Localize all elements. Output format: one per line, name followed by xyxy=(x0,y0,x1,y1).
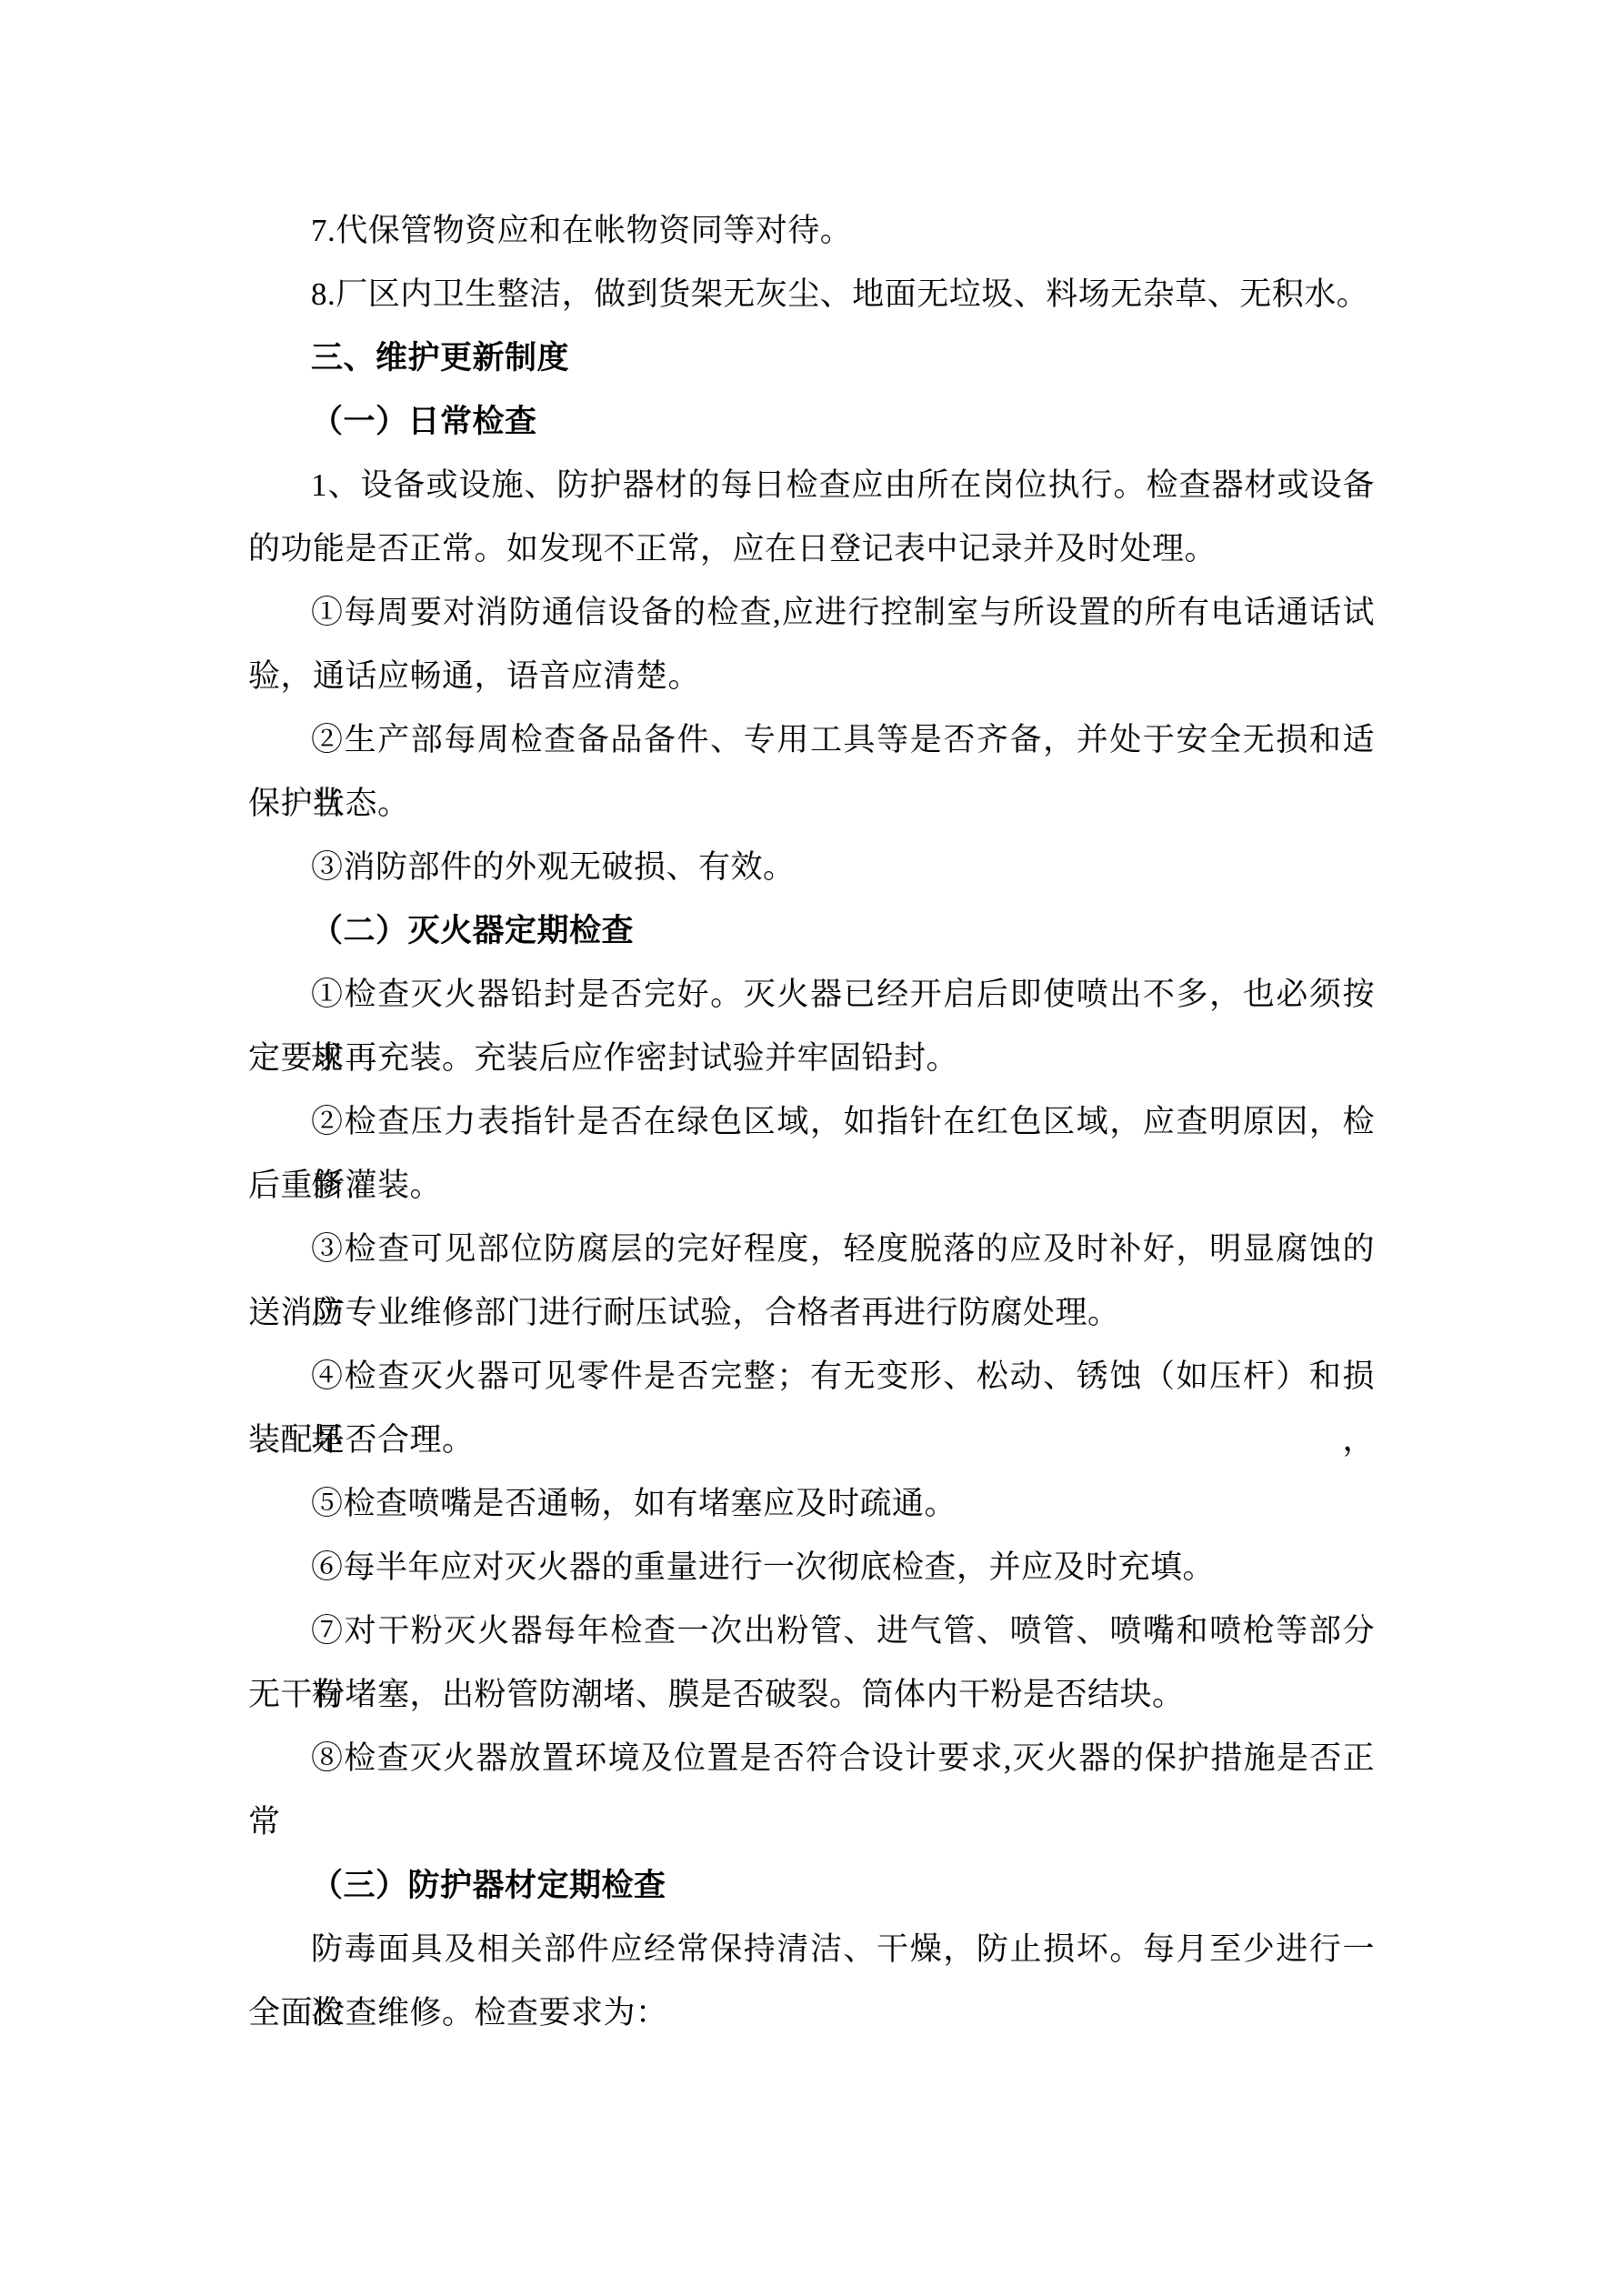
text-line: 后重新灌装。 xyxy=(248,1154,1375,1218)
text-line: ②检查压力表指针是否在绿色区域，如指针在红色区域，应查明原因，检修 xyxy=(248,1090,1375,1154)
text-line: ①检查灭火器铅封是否完好。灭火器已经开启后即使喷出不多，也必须按规 xyxy=(248,963,1375,1027)
text-line: ②生产部每周检查备品备件、专用工具等是否齐备，并处于安全无损和适当 xyxy=(248,708,1375,772)
section-heading-3: 三、维护更新制度 xyxy=(248,326,1375,390)
text-line: ⑦对干粉灭火器每年检查一次出粉管、进气管、喷管、喷嘴和喷枪等部分有 xyxy=(248,1599,1375,1663)
text-line: ①每周要对消防通信设备的检查,应进行控制室与所设置的所有电话通话试 xyxy=(248,581,1375,645)
subsection-heading-1: （一）日常检查 xyxy=(248,390,1375,454)
text-line: ④检查灭火器可见零件是否完整；有无变形、松动、锈蚀（如压杆）和损坏， xyxy=(248,1345,1375,1409)
text-line: ③消防部件的外观无破损、有效。 xyxy=(248,836,1375,899)
text-line: 定要求再充装。充装后应作密封试验并牢固铅封。 xyxy=(248,1027,1375,1090)
text-line: ⑧检查灭火器放置环境及位置是否符合设计要求,灭火器的保护措施是否正 xyxy=(248,1727,1375,1790)
text-line-item-8: 8.厂区内卫生整洁，做到货架无灰尘、地面无垃圾、料场无杂草、无积水。 xyxy=(248,263,1375,326)
text-line: ⑤检查喷嘴是否通畅，如有堵塞应及时疏通。 xyxy=(248,1472,1375,1536)
text-line: 防毒面具及相关部件应经常保持清洁、干燥，防止损坏。每月至少进行一次 xyxy=(248,1918,1375,1981)
text-line: 验，通话应畅通，语音应清楚。 xyxy=(248,645,1375,708)
text-line: 送消防专业维修部门进行耐压试验，合格者再进行防腐处理。 xyxy=(248,1281,1375,1345)
text-line: 1、设备或设施、防护器材的每日检查应由所在岗位执行。检查器材或设备 xyxy=(248,454,1375,517)
text-line: 保护状态。 xyxy=(248,772,1375,836)
text-line: 全面检查维修。检查要求为： xyxy=(248,1981,1375,2045)
subsection-heading-2: （二）灭火器定期检查 xyxy=(248,899,1375,963)
text-line: ③检查可见部位防腐层的完好程度，轻度脱落的应及时补好，明显腐蚀的应 xyxy=(248,1218,1375,1281)
document-page: 7.代保管物资应和在帐物资同等对待。 8.厂区内卫生整洁，做到货架无灰尘、地面无… xyxy=(0,0,1623,2296)
text-line-item-7: 7.代保管物资应和在帐物资同等对待。 xyxy=(248,199,1375,263)
text-line: 常 xyxy=(248,1790,1375,1854)
text-line: 无干粉堵塞，出粉管防潮堵、膜是否破裂。筒体内干粉是否结块。 xyxy=(248,1663,1375,1727)
text-line: ⑥每半年应对灭火器的重量进行一次彻底检查，并应及时充填。 xyxy=(248,1536,1375,1599)
text-line: 的功能是否正常。如发现不正常，应在日登记表中记录并及时处理。 xyxy=(248,517,1375,581)
subsection-heading-3: （三）防护器材定期检查 xyxy=(248,1854,1375,1918)
